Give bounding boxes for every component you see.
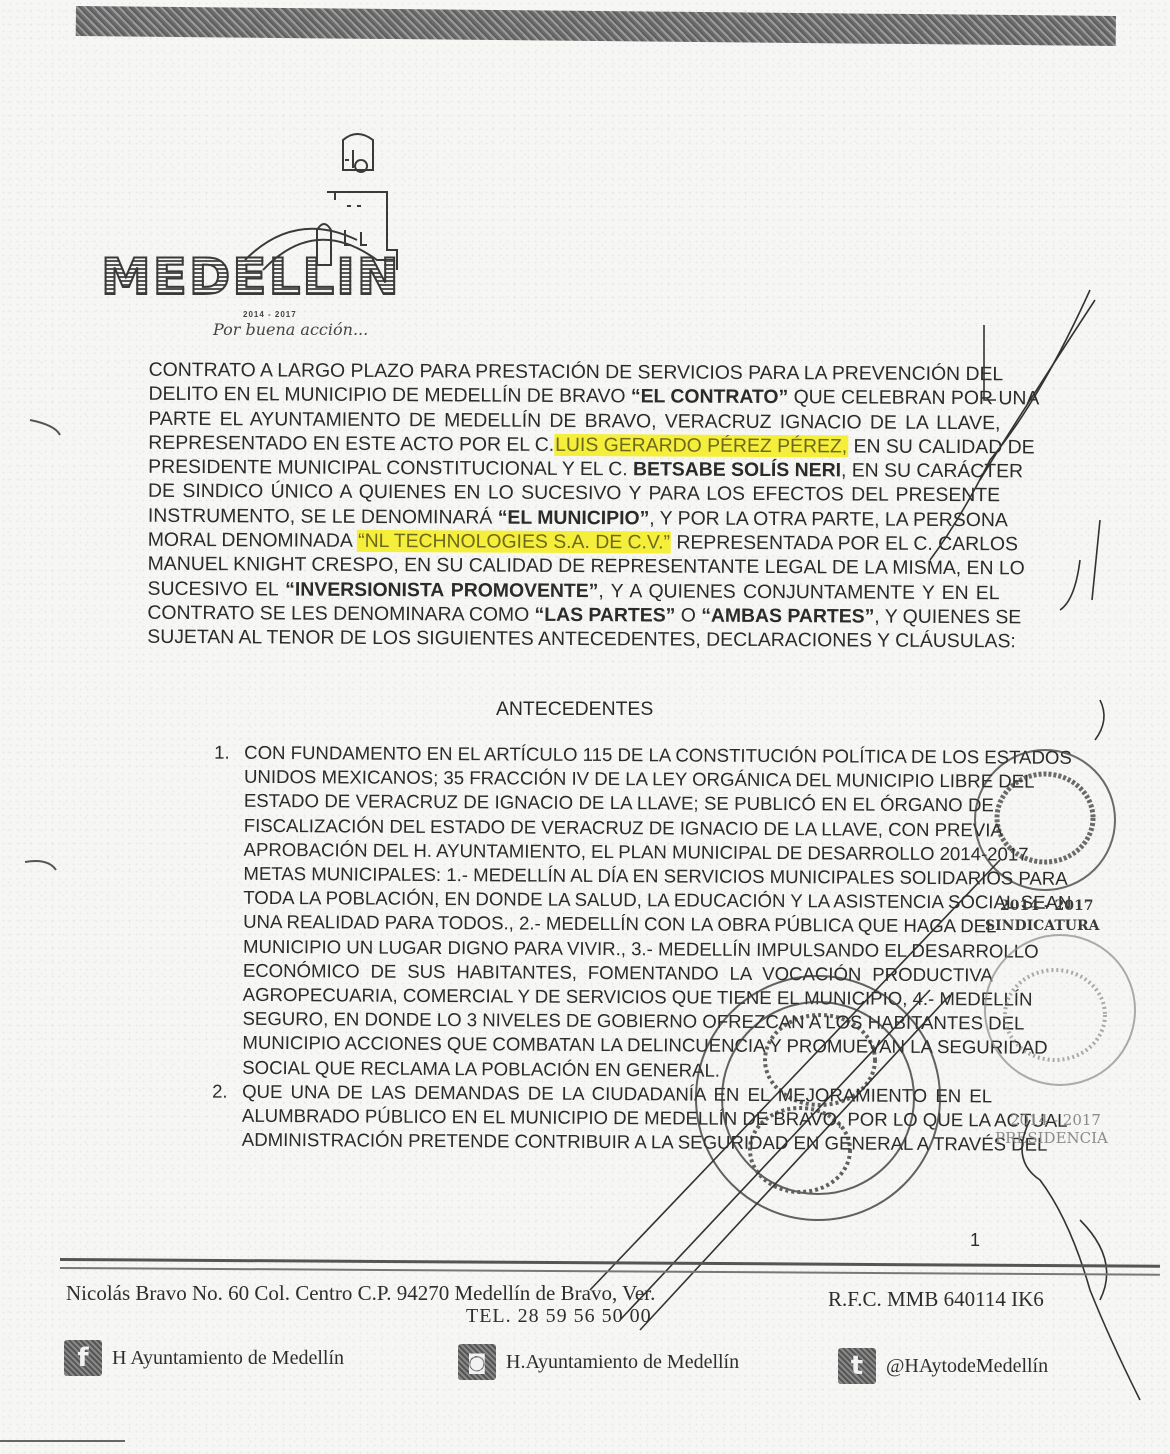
- text-run: , EN SU CARÁCTER: [841, 460, 1023, 483]
- text-run: , Y A QUIENES CONJUNTAMENTE Y EN EL: [598, 580, 999, 604]
- text-run: QUE CELEBRAN POR UNA: [788, 386, 1039, 409]
- defined-term: “AMBAS PARTES”: [701, 605, 874, 628]
- footer-rule: [60, 1258, 1160, 1276]
- social-instagram-label: H.Ayuntamiento de Medellín: [506, 1351, 739, 1374]
- intro-line: SUJETAN AL TENOR DE LOS SIGUIENTES ANTEC…: [147, 625, 999, 654]
- logo-wordmark: MEDELLIN: [101, 248, 401, 306]
- text-run: CONTRATO A LARGO PLAZO PARA PRESTACIÓN D…: [149, 359, 1004, 385]
- social-instagram[interactable]: ◙ H.Ayuntamiento de Medellín: [458, 1344, 739, 1380]
- bottom-edge-line: [0, 1440, 125, 1442]
- twitter-icon: t: [838, 1348, 876, 1384]
- defined-term: BETSABE SOLÍS NERI: [633, 458, 841, 481]
- text-run: PARTE EL AYUNTAMIENTO DE MEDELLÍN DE BRA…: [148, 407, 1000, 433]
- text-run: INSTRUMENTO, SE LE DENOMINARÁ: [148, 505, 498, 529]
- text-run: , Y POR LA OTRA PARTE, LA PERSONA: [649, 507, 1008, 531]
- list-number: 2.: [212, 1079, 228, 1103]
- facebook-icon: f: [64, 1340, 102, 1376]
- logo-years: 2014 - 2017: [243, 310, 297, 319]
- highlighted-name: “NL TECHNOLOGIES S.A. DE C.V.”: [357, 530, 671, 554]
- defined-term: “EL MUNICIPIO”: [498, 506, 650, 529]
- antecedente-item: 2.QUE UNA DE LAS DEMANDAS DE LA CIUDADAN…: [212, 1079, 992, 1156]
- text-run: MANUEL KNIGHT CRESPO, EN SU CALIDAD DE R…: [148, 553, 1025, 580]
- letterhead-top-bar: [76, 6, 1116, 46]
- section-heading-antecedentes: ANTECEDENTES: [496, 698, 653, 721]
- text-run: SUJETAN AL TENOR DE LOS SIGUIENTES ANTEC…: [147, 626, 1016, 653]
- list-line: ADMINISTRACIÓN PRETENDE CONTRIBUIR A LA …: [242, 1128, 992, 1157]
- text-run: CONTRATO SE LES DENOMINARA COMO: [147, 602, 534, 626]
- logo-slogan: Por buena acción...: [213, 320, 368, 339]
- municipal-logo: MEDELLIN 2014 - 2017 Por buena acción...: [95, 120, 435, 335]
- antecedente-item: 1.CON FUNDAMENTO EN EL ARTÍCULO 115 DE L…: [212, 741, 994, 1085]
- footer-rfc: R.F.C. MMB 640114 IK6: [828, 1287, 1044, 1312]
- footer-address: Nicolás Bravo No. 60 Col. Centro C.P. 94…: [66, 1281, 655, 1306]
- social-twitter[interactable]: t @HAytodeMedellín: [838, 1348, 1048, 1384]
- defined-term: “EL CONTRATO”: [631, 386, 788, 409]
- text-run: MORAL DENOMINADA: [148, 529, 358, 552]
- antecedentes-list: 1.CON FUNDAMENTO EN EL ARTÍCULO 115 DE L…: [212, 741, 994, 1157]
- text-run: REPRESENTADA POR EL C. CARLOS: [671, 532, 1018, 556]
- instagram-icon: ◙: [458, 1344, 496, 1380]
- social-facebook-label: H Ayuntamiento de Medellín: [112, 1347, 344, 1370]
- text-run: O: [675, 605, 701, 627]
- stamp-label-sindicatura: SINDICATURA: [985, 918, 1101, 934]
- text-run: DE SINDICO ÚNICO A QUIENES EN LO SUCESIV…: [148, 480, 1000, 506]
- defined-term: “LAS PARTES”: [535, 604, 676, 627]
- margin-mark: [30, 420, 60, 435]
- text-run: SUCESIVO EL: [148, 577, 286, 600]
- text-run: REPRESENTADO EN ESTE ACTO POR EL C.: [148, 432, 554, 456]
- footer-phone: TEL. 28 59 56 50 00: [466, 1305, 652, 1328]
- contract-intro-paragraph: CONTRATO A LARGO PLAZO PARA PRESTACIÓN D…: [147, 358, 1001, 654]
- social-facebook[interactable]: f H Ayuntamiento de Medellín: [64, 1340, 344, 1376]
- highlighted-name: LUIS GERARDO PÉREZ PÉREZ,: [554, 434, 848, 458]
- text-run: EN SU CALIDAD DE: [848, 435, 1035, 458]
- margin-mark: [25, 861, 56, 870]
- text-run: , Y QUIENES SE: [874, 606, 1021, 629]
- text-run: DELITO EN EL MUNICIPIO DE MEDELLÍN DE BR…: [149, 383, 631, 408]
- text-run: PRESIDENTE MUNICIPAL CONSTITUCIONAL Y EL…: [148, 456, 633, 481]
- page-number: 1: [970, 1230, 980, 1251]
- list-number: 1.: [214, 741, 230, 765]
- social-twitter-label: @HAytodeMedellín: [886, 1355, 1048, 1378]
- defined-term: “INVERSIONISTA PROMOVENTE”: [285, 578, 598, 602]
